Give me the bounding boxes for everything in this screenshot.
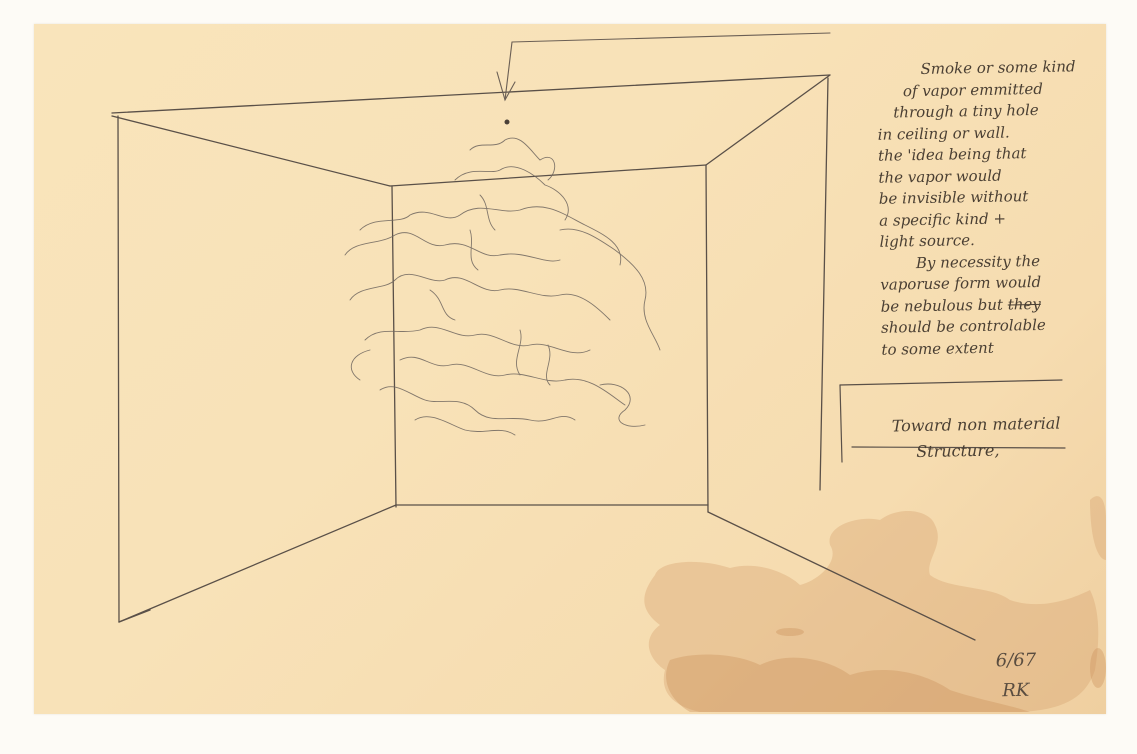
boxed-note-line1: Toward non material — [892, 414, 1061, 436]
signature-block: 6/67 RK — [995, 646, 1036, 707]
boxed-note: Toward non material Structure, — [892, 411, 1062, 466]
boxed-note-line2: Structure, — [892, 437, 1061, 466]
initials: RK — [996, 676, 1037, 707]
paper-sheet: Smoke or some kind of vapor emmitted thr… — [34, 24, 1106, 714]
boxed-note-frame — [34, 24, 1106, 714]
date: 6/67 — [995, 646, 1036, 677]
